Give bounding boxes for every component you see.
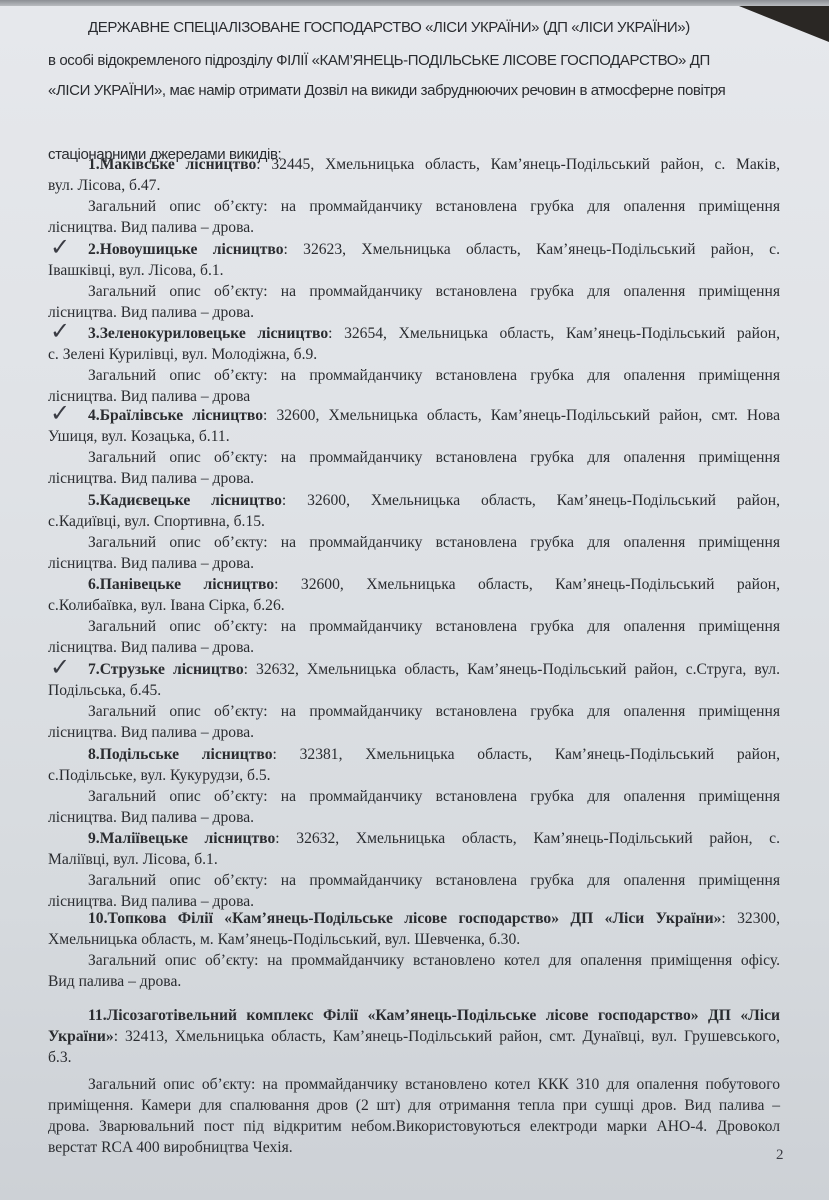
- item-description: Загальний опис об’єкту: на проммайданчик…: [48, 701, 780, 722]
- item-title: 3.Зеленокуриловецьке лісництво: 32654, Х…: [48, 323, 780, 344]
- item-address: вул. Лісова, б.47.: [48, 175, 780, 196]
- item-title: 9.Маліївецьке лісництво: 32632, Хмельниц…: [48, 828, 780, 849]
- item-title: 8.Подільське лісництво: 32381, Хмельниць…: [48, 744, 780, 765]
- item-description: Загальний опис об’єкту: на проммайданчик…: [48, 365, 780, 386]
- item-address: Івашківці, вул. Лісова, б.1.: [48, 260, 780, 281]
- item-11-desc-2: приміщення. Камери для спалювання дров (…: [48, 1095, 780, 1116]
- item-address: с.Кадиївці, вул. Спортивна, б.15.: [48, 511, 780, 532]
- item-description-end: лісництва. Вид палива – дрова: [48, 386, 780, 407]
- check-mark-icon: ✓: [50, 237, 72, 259]
- item-11-address-end: б.3.: [48, 1047, 780, 1068]
- item-title: 2.Новоушицьке лісництво: 32623, Хмельниц…: [48, 239, 780, 260]
- document-page: ДЕРЖАВНЕ СПЕЦІАЛІЗОВАНЕ ГОСПОДАРСТВО «ЛІ…: [0, 6, 829, 1200]
- item-title: 6.Панівецьке лісництво: 32600, Хмельниць…: [48, 574, 780, 595]
- forestry-item: 6.Панівецьке лісництво: 32600, Хмельниць…: [48, 574, 780, 658]
- item-address: с. Зелені Курилівці, вул. Молодіжна, б.9…: [48, 344, 780, 365]
- item-description: Загальний опис об’єкту: на проммайданчик…: [48, 786, 780, 807]
- header-line-3: «ЛІСИ УКРАЇНИ», має намір отримати Дозві…: [48, 80, 780, 101]
- item-description: Загальний опис об’єкту: на проммайданчик…: [48, 870, 780, 891]
- item-title: 1.Маківське лісництво: 32445, Хмельницьк…: [48, 154, 780, 175]
- item-title: 4.Браїлівське лісництво: 32600, Хмельниц…: [48, 405, 780, 426]
- item-title: 5.Кадиєвецьке лісництво: 32600, Хмельниц…: [48, 490, 780, 511]
- item-description-end: Вид палива – дрова.: [48, 971, 780, 992]
- forestry-item: ✓4.Браїлівське лісництво: 32600, Хмельни…: [48, 405, 780, 489]
- item-description-end: лісництва. Вид палива – дрова.: [48, 302, 780, 323]
- item-description-end: лісництва. Вид палива – дрова.: [48, 637, 780, 658]
- item-11-desc-4: верстат RCA 400 виробництва Чехія.: [48, 1137, 780, 1158]
- check-mark-icon: ✓: [50, 403, 72, 425]
- forestry-item: ✓3.Зеленокуриловецьке лісництво: 32654, …: [48, 323, 780, 407]
- item-address: с.Колибаївка, вул. Івана Сірка, б.26.: [48, 595, 780, 616]
- item-address: Маліївці, вул. Лісова, б.1.: [48, 849, 780, 870]
- forestry-item: ✓7.Струзьке лісництво: 32632, Хмельницьк…: [48, 659, 780, 743]
- item-address: Ушиця, вул. Козацька, б.11.: [48, 426, 780, 447]
- item-description: Загальний опис об’єкту: на проммайданчик…: [48, 532, 780, 553]
- item-description-end: лісництва. Вид палива – дрова.: [48, 468, 780, 489]
- item-description: Загальний опис об’єкту: на проммайданчик…: [48, 616, 780, 637]
- item-11-desc-1: Загальний опис об’єкту: на проммайданчик…: [48, 1074, 780, 1095]
- item-description-end: лісництва. Вид палива – дрова.: [48, 217, 780, 238]
- item-11-title: 11.Лісозаготівельний комплекс Філії «Кам…: [48, 1005, 780, 1026]
- forestry-item: 1.Маківське лісництво: 32445, Хмельницьк…: [48, 154, 780, 238]
- forestry-item: 5.Кадиєвецьке лісництво: 32600, Хмельниц…: [48, 490, 780, 574]
- item-11-desc-3: дрова. Зварювальний пост під відкритим н…: [48, 1116, 780, 1137]
- check-mark-icon: ✓: [50, 657, 72, 679]
- header-line-1: ДЕРЖАВНЕ СПЕЦІАЛІЗОВАНЕ ГОСПОДАРСТВО «ЛІ…: [48, 17, 780, 38]
- item-description: Загальний опис об’єкту: на проммайданчик…: [48, 281, 780, 302]
- item-title: 10.Топкова Філії «Кам’янець-Подільське л…: [48, 908, 780, 929]
- forestry-item: 10.Топкова Філії «Кам’янець-Подільське л…: [48, 908, 780, 992]
- header-line-2: в особі відокремленого підрозділу ФІЛІЇ …: [48, 50, 780, 71]
- item-11: 11.Лісозаготівельний комплекс Філії «Кам…: [48, 1005, 780, 1158]
- check-mark-icon: ✓: [50, 321, 72, 343]
- item-address: Подільська, б.45.: [48, 680, 780, 701]
- item-description-end: лісництва. Вид палива – дрова.: [48, 807, 780, 828]
- page-number: 2: [776, 1147, 784, 1164]
- forestry-item: ✓2.Новоушицьке лісництво: 32623, Хмельни…: [48, 239, 780, 323]
- item-description-end: лісництва. Вид палива – дрова.: [48, 722, 780, 743]
- item-address: Хмельницька область, м. Кам’янець-Поділь…: [48, 929, 780, 950]
- item-11-address: України»: 32413, Хмельницька область, Ка…: [48, 1026, 780, 1047]
- item-address: с.Подільське, вул. Кукурудзи, б.5.: [48, 765, 780, 786]
- forestry-item: 9.Маліївецьке лісництво: 32632, Хмельниц…: [48, 828, 780, 912]
- item-description: Загальний опис об’єкту: на проммайданчик…: [48, 950, 780, 971]
- item-description: Загальний опис об’єкту: на проммайданчик…: [48, 196, 780, 217]
- item-title: 7.Струзьке лісництво: 32632, Хмельницька…: [48, 659, 780, 680]
- forestry-item: 8.Подільське лісництво: 32381, Хмельниць…: [48, 744, 780, 828]
- item-description: Загальний опис об’єкту: на проммайданчик…: [48, 447, 780, 468]
- item-description-end: лісництва. Вид палива – дрова.: [48, 553, 780, 574]
